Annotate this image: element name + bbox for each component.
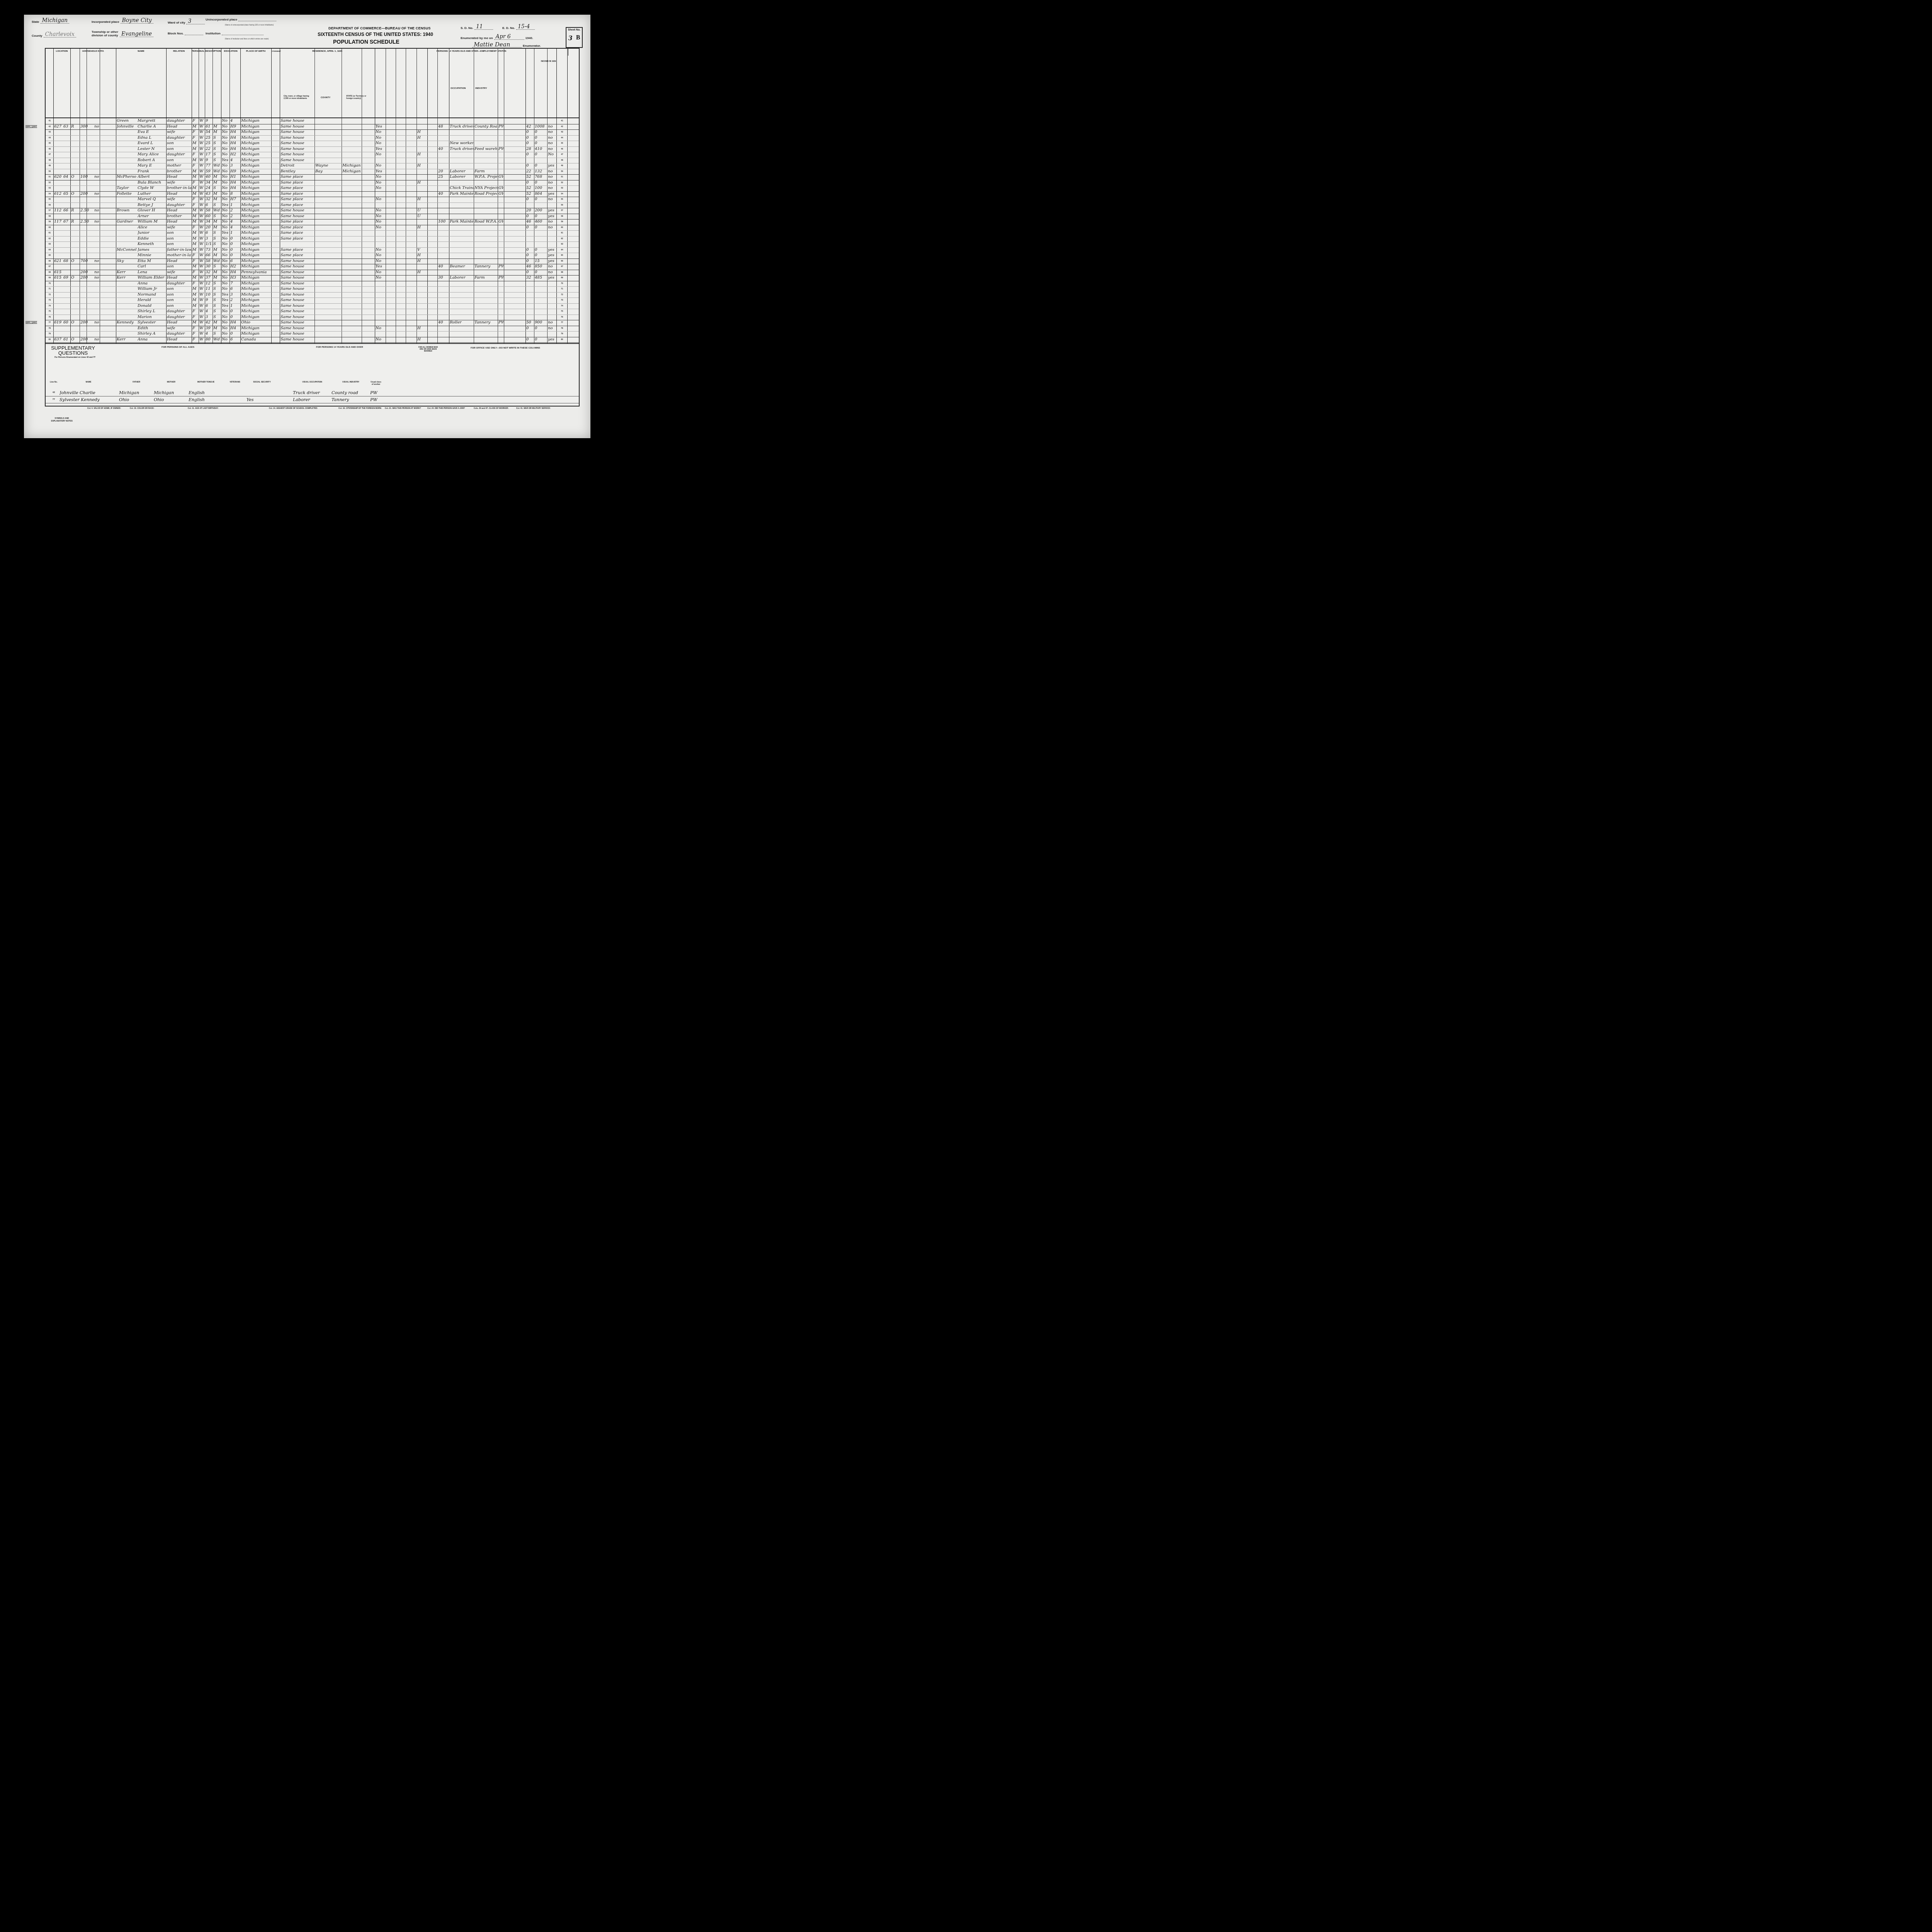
- cell-birthplace: Michigan: [241, 129, 271, 135]
- cell-given: Edna L: [138, 135, 166, 141]
- cell-value: [80, 236, 93, 241]
- cell-res-state: [342, 315, 361, 320]
- cell-weeks: 0: [526, 326, 534, 331]
- cell-relation: daughter: [167, 315, 191, 320]
- supplementary-header: MOTHER: [154, 381, 189, 383]
- cell-age: 58: [206, 259, 212, 264]
- table-row: 50FrankbrotherMW59WdNoH9MichiganBentleyB…: [46, 169, 579, 175]
- cell-tenure: [71, 315, 79, 320]
- sd-value: 11: [474, 24, 493, 30]
- cell-industry: [474, 129, 497, 135]
- cell-industry: [474, 337, 497, 342]
- table-row: 65Minniemother-in-lawFW66MNo0MichiganSam…: [46, 253, 579, 259]
- cell-industry: [474, 152, 497, 157]
- cell-given: Anna: [138, 281, 166, 286]
- supplementary-header: USUAL INDUSTRY: [332, 381, 370, 383]
- cell-birthplace: Michigan: [241, 135, 271, 141]
- cell-wages: [535, 309, 547, 314]
- cell-race: W: [199, 174, 204, 180]
- cell-occupation: [450, 259, 473, 264]
- cell-res-county: [315, 309, 341, 314]
- cell-sex: F: [192, 259, 198, 264]
- cell-relation: Head: [167, 320, 191, 325]
- cell-activity: H: [417, 163, 427, 168]
- cell-sex: M: [192, 214, 198, 219]
- cell-res-county: [315, 214, 341, 219]
- cell-farm: [94, 163, 100, 168]
- cell-dwelling: 627: [54, 124, 62, 129]
- cell-race: W: [199, 152, 204, 157]
- cell-tenure: [71, 331, 79, 337]
- cell-sex: M: [192, 236, 198, 241]
- cell-class: GW: [498, 174, 503, 180]
- cell-race: W: [199, 320, 204, 325]
- cell-res-city: Same house: [281, 135, 314, 141]
- cell-hours: [438, 214, 449, 219]
- ward-value: 3: [186, 19, 205, 24]
- cell-relation: wife: [167, 225, 191, 230]
- cell-res-state: [342, 197, 361, 202]
- cell-res-city: Same house: [281, 298, 314, 303]
- cell-res-county: [315, 129, 341, 135]
- cell-other-income: [548, 241, 556, 247]
- cell-school: No: [222, 208, 229, 213]
- cell-race: W: [199, 169, 204, 174]
- cell-race: W: [199, 292, 204, 298]
- cell-relation: brother-in-law: [167, 185, 191, 191]
- cell-other-income: no: [548, 174, 556, 180]
- cell-class: [498, 270, 503, 275]
- cell-sex: M: [192, 298, 198, 303]
- cell-surname: Taylor: [117, 185, 136, 191]
- cell-wages: 0: [535, 180, 547, 185]
- cell-farm: [94, 264, 100, 269]
- cell-relation: son: [167, 264, 191, 269]
- cell-surname: [117, 281, 136, 286]
- cell-line: 63: [557, 241, 567, 247]
- cell-age: 42: [206, 320, 212, 325]
- cell-weeks: [526, 236, 534, 241]
- cell-family: [63, 326, 70, 331]
- cell-weeks: [526, 331, 534, 337]
- cell-school: No: [222, 259, 229, 264]
- cell-birthplace: Michigan: [241, 286, 271, 292]
- cell-grade: 4: [230, 225, 240, 230]
- cell-value: [80, 163, 93, 168]
- cell-class: [498, 180, 503, 185]
- cell-line: 52: [46, 180, 53, 185]
- cell-line: 54: [557, 191, 567, 197]
- cell-class: [498, 331, 503, 337]
- cell-industry: [474, 259, 497, 264]
- cell-line: 52: [557, 180, 567, 185]
- cell-hours: [438, 292, 449, 298]
- cell-work: No: [376, 253, 385, 258]
- table-row: 72NormandsonMW10SYes3MichiganSame house7…: [46, 292, 579, 298]
- schedule-title: POPULATION SCHEDULE: [333, 39, 400, 45]
- cell-school: No: [222, 135, 229, 141]
- cell-res-county: [315, 281, 341, 286]
- table-row: 58ArnerbrotherMW60SNo2MichiganSame house…: [46, 214, 579, 220]
- cell-family: [63, 298, 70, 303]
- cell-tenure: [71, 197, 79, 202]
- cell-marital: Wd: [213, 163, 221, 168]
- cell-given: Carl: [138, 264, 166, 269]
- cell-res-county: [315, 259, 341, 264]
- cell-family: [63, 129, 70, 135]
- cell-grade: 0: [230, 309, 240, 314]
- cell-res-state: [342, 141, 361, 146]
- cell-given: William Elder: [138, 275, 166, 281]
- cell-wages: [535, 331, 547, 337]
- cell-birthplace: Michigan: [241, 247, 271, 253]
- cell-occupation: [450, 197, 473, 202]
- cell-tenure: [71, 241, 79, 247]
- cell-dwelling: 615: [54, 270, 62, 275]
- cell-wages: [535, 202, 547, 208]
- table-row: 48Robert AsonMW9SYes4MichiganSame house4…: [46, 158, 579, 164]
- cell-marital: S: [213, 230, 221, 236]
- cell-res-county: [315, 191, 341, 197]
- cell-relation: mother-in-law: [167, 253, 191, 258]
- cell-class: [498, 129, 503, 135]
- cell-line: 69: [557, 275, 567, 281]
- cell-given: Clyde W: [138, 185, 166, 191]
- cell-wages: 0: [535, 141, 547, 146]
- cell-value: 200: [80, 270, 93, 275]
- cell-line: 66: [46, 259, 53, 264]
- cell-race: W: [199, 247, 204, 253]
- cell-occupation: [450, 225, 473, 230]
- cell-given: Kenneth: [138, 241, 166, 247]
- cell-birthplace: Michigan: [241, 309, 271, 314]
- cell-grade: 6: [230, 259, 240, 264]
- cell-marital: [213, 118, 221, 124]
- cell-farm: [94, 152, 100, 157]
- cell-dwelling: [54, 152, 62, 157]
- cell-value: [80, 247, 93, 253]
- cell-dwelling: [54, 303, 62, 309]
- ed-field: E. D. No. 15-4: [502, 24, 535, 30]
- cell-age: 58: [206, 208, 212, 213]
- cell-res-county: [315, 331, 341, 337]
- table-row: 52Bula BlanchwifeFW34MNoH4MichiganSame p…: [46, 180, 579, 186]
- cell-other-income: no: [548, 219, 556, 224]
- cell-tenure: R: [71, 219, 79, 224]
- cell-class: [498, 118, 503, 124]
- block-field: Block Nos.: [168, 32, 203, 35]
- cell-activity: H: [417, 253, 427, 258]
- cell-grade: H7: [230, 197, 240, 202]
- cell-other-income: no: [548, 185, 556, 191]
- cell-class: [498, 141, 503, 146]
- cell-school: No: [222, 163, 229, 168]
- cell-race: W: [199, 298, 204, 303]
- cell-dwelling: [54, 331, 62, 337]
- cell-school: No: [222, 264, 229, 269]
- cell-value: 200: [80, 191, 93, 197]
- cell-grade: 4: [230, 158, 240, 163]
- cell-line: 57: [557, 208, 567, 213]
- cell-race: W: [199, 253, 204, 258]
- cell-age: 11: [206, 286, 212, 292]
- cell-work: [376, 315, 385, 320]
- cell-age: 9: [206, 118, 212, 124]
- table-row: 64McConnellJamesfather-in-lawMW73MNo0Mic…: [46, 247, 579, 253]
- cell-relation: son: [167, 241, 191, 247]
- cell-other-income: [548, 118, 556, 124]
- cell-farm: no: [94, 174, 100, 180]
- cell-marital: M: [213, 253, 221, 258]
- cell-wages: 768: [535, 174, 547, 180]
- table-row: 49Mary EmotherFW77WdNo3MichiganDetroitWa…: [46, 163, 579, 169]
- cell-line: 73: [46, 298, 53, 303]
- cell-line: 60: [46, 225, 53, 230]
- cell-tenure: O: [71, 337, 79, 342]
- table-row: 56Bettye JdaughterFW6SYes1MichiganSame p…: [46, 202, 579, 209]
- cell-surname: Follette: [117, 191, 136, 197]
- cell-school: No: [222, 331, 229, 337]
- cell-grade: H2: [230, 152, 240, 157]
- cell-industry: Feed warehouse: [474, 146, 497, 152]
- cell-other-income: [548, 315, 556, 320]
- cell-value: [80, 326, 93, 331]
- table-row: 71William JrsonMW11SNo6MichiganSame hous…: [46, 286, 579, 293]
- cell-occupation: [450, 286, 473, 292]
- cell-res-state: [342, 146, 361, 152]
- cell-res-city: Same house: [281, 286, 314, 292]
- cell-res-state: Michigan: [342, 169, 361, 174]
- cell-industry: [474, 253, 497, 258]
- cell-tenure: [71, 236, 79, 241]
- cell-school: No: [222, 270, 229, 275]
- cell-res-state: [342, 174, 361, 180]
- table-row: 4262763R300noJohnvilleCharlie AHeadMW61M…: [46, 124, 579, 130]
- cell-other-income: no: [548, 326, 556, 331]
- cell-line: 50: [557, 169, 567, 174]
- cell-age: 6: [206, 230, 212, 236]
- cell-dwelling: [54, 241, 62, 247]
- cell-line: 55: [557, 197, 567, 202]
- cell-sex: F: [192, 197, 198, 202]
- cell-line: 78: [46, 326, 53, 331]
- cell-line: 77: [557, 320, 567, 325]
- cell-wages: 0: [535, 135, 547, 141]
- cell-other-income: no: [548, 320, 556, 325]
- cell-res-state: [342, 158, 361, 163]
- cell-dwelling: 117: [54, 219, 62, 224]
- cell-value: [80, 135, 93, 141]
- cell-sex: M: [192, 247, 198, 253]
- cell-age: 6: [206, 202, 212, 208]
- cell-occupation: [450, 292, 473, 298]
- cell-family: [63, 286, 70, 292]
- cell-res-county: [315, 158, 341, 163]
- cell-industry: [474, 141, 497, 146]
- cell-wages: [535, 303, 547, 309]
- cell-line: 58: [46, 214, 53, 219]
- cell-activity: [417, 303, 427, 309]
- cell-activity: U: [417, 214, 427, 219]
- cell-res-county: [315, 135, 341, 141]
- cell-given: William M: [138, 219, 166, 224]
- cell-sex: F: [192, 281, 198, 286]
- cell-activity: [417, 241, 427, 247]
- cell-surname: [117, 214, 136, 219]
- cell-given: Mary E: [138, 163, 166, 168]
- cell-other-income: [548, 281, 556, 286]
- cell-dwelling: [54, 253, 62, 258]
- cell-age: 37: [206, 275, 212, 281]
- cell-class: GW: [498, 185, 503, 191]
- cell-given: James: [138, 247, 166, 253]
- cell-tenure: [71, 163, 79, 168]
- cell-industry: [474, 270, 497, 275]
- cell-value: [80, 169, 93, 174]
- table-row: 5461265O200noFolletteLutherHeadMW43MNo8M…: [46, 191, 579, 197]
- cell-occupation: [450, 298, 473, 303]
- cell-weeks: 0: [526, 259, 534, 264]
- cell-school: Yes: [222, 298, 229, 303]
- cell-res-state: [342, 129, 361, 135]
- cell-res-city: Same house: [281, 259, 314, 264]
- cell-race: W: [199, 197, 204, 202]
- cell-hours: [438, 185, 449, 191]
- cell-line: 48: [46, 158, 53, 163]
- cell-race: W: [199, 225, 204, 230]
- cell-other-income: No: [548, 152, 556, 157]
- cell-weeks: 0: [526, 197, 534, 202]
- cell-res-state: [342, 326, 361, 331]
- cell-school: Yes: [222, 292, 229, 298]
- cell-birthplace: Michigan: [241, 219, 271, 224]
- cell-activity: [417, 219, 427, 224]
- cell-dwelling: [54, 264, 62, 269]
- cell-family: 64: [63, 174, 70, 180]
- cell-hours: 40: [438, 146, 449, 152]
- supp-usual-occupation: Truck driver: [293, 389, 332, 396]
- cell-dwelling: [54, 292, 62, 298]
- cell-sex: M: [192, 292, 198, 298]
- cell-line: 75: [557, 309, 567, 314]
- cell-tenure: [71, 264, 79, 269]
- cell-occupation: Truck driver: [450, 124, 473, 129]
- cell-grade: H4: [230, 185, 240, 191]
- cell-res-city: Same house: [281, 208, 314, 213]
- cell-farm: no: [94, 320, 100, 325]
- cell-work: [376, 292, 385, 298]
- cell-school: No: [222, 315, 229, 320]
- cell-res-state: [342, 236, 361, 241]
- cell-school: No: [222, 241, 229, 247]
- cell-other-income: no: [548, 146, 556, 152]
- cell-family: [63, 309, 70, 314]
- cell-farm: [94, 281, 100, 286]
- cell-sex: M: [192, 141, 198, 146]
- cell-hours: 25: [438, 174, 449, 180]
- cell-work: No: [376, 214, 385, 219]
- cell-line: 47: [46, 152, 53, 157]
- cell-industry: [474, 326, 497, 331]
- cell-age: 20: [206, 225, 212, 230]
- supplementary-marker: SUPPL. QUEST.: [26, 125, 37, 128]
- cell-occupation: [450, 315, 473, 320]
- cell-work: No: [376, 208, 385, 213]
- cell-dwelling: [54, 158, 62, 163]
- cell-class: [498, 309, 503, 314]
- cell-weeks: [526, 303, 534, 309]
- cell-sex: M: [192, 158, 198, 163]
- cell-marital: M: [213, 174, 221, 180]
- cell-line: 48: [557, 158, 567, 163]
- cell-res-state: [342, 331, 361, 337]
- table-row: 67CarlsonMW30SNoH2MichiganSame houseYes4…: [46, 264, 579, 270]
- cell-activity: [417, 281, 427, 286]
- cell-res-state: [342, 208, 361, 213]
- cell-relation: daughter: [167, 118, 191, 124]
- cell-wages: [535, 241, 547, 247]
- supp-tongue: English: [189, 389, 223, 396]
- cell-surname: [117, 158, 136, 163]
- cell-value: [80, 146, 93, 152]
- cell-res-city: Detroit: [281, 163, 314, 168]
- cell-farm: no: [94, 275, 100, 281]
- cell-relation: Head: [167, 208, 191, 213]
- cell-line: 63: [46, 241, 53, 247]
- cell-res-state: [342, 152, 361, 157]
- cell-dwelling: 637: [54, 337, 62, 342]
- cell-industry: [474, 281, 497, 286]
- county-value: Charlevoix: [44, 32, 76, 37]
- cell-class: [498, 292, 503, 298]
- cell-value: [80, 230, 93, 236]
- cell-res-state: [342, 337, 361, 342]
- cell-race: W: [199, 146, 204, 152]
- cell-given: Arner: [138, 214, 166, 219]
- cell-surname: [117, 202, 136, 208]
- cell-race: W: [199, 264, 204, 269]
- cell-relation: brother: [167, 214, 191, 219]
- cell-surname: McPherson: [117, 174, 136, 180]
- cell-weeks: [526, 230, 534, 236]
- cell-class: [498, 259, 503, 264]
- cell-marital: M: [213, 225, 221, 230]
- cell-res-city: Same house: [281, 337, 314, 342]
- cell-weeks: 0: [526, 135, 534, 141]
- cell-class: [498, 225, 503, 230]
- cell-work: [376, 118, 385, 124]
- cell-res-city: Same house: [281, 152, 314, 157]
- cell-line: 73: [557, 298, 567, 303]
- cell-weeks: 0: [526, 247, 534, 253]
- cell-industry: [474, 230, 497, 236]
- cell-relation: Head: [167, 219, 191, 224]
- supplementary-marker: SUPPL. QUEST.: [26, 321, 37, 324]
- cell-family: [63, 185, 70, 191]
- cell-surname: [117, 292, 136, 298]
- cell-res-city: Same house: [281, 129, 314, 135]
- cell-hours: [438, 259, 449, 264]
- cell-given: Luther: [138, 191, 166, 197]
- township-value: Evangeline: [120, 31, 153, 37]
- cell-res-county: [315, 202, 341, 208]
- cell-school: No: [222, 214, 229, 219]
- supp-ss: [247, 389, 277, 396]
- cell-work: No: [376, 197, 385, 202]
- cell-work: No: [376, 163, 385, 168]
- cell-weeks: 52: [526, 174, 534, 180]
- cell-occupation: [450, 214, 473, 219]
